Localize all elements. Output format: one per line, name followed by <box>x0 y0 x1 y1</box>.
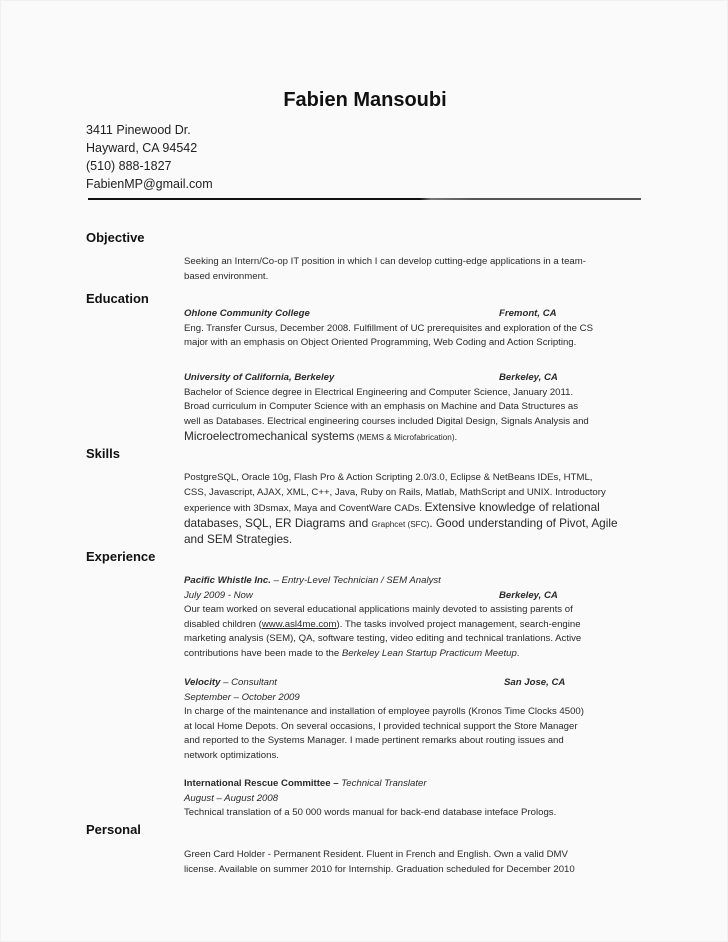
school-location: Berkeley, CA <box>499 371 558 386</box>
job-location: Berkeley, CA <box>499 589 558 604</box>
skills-text: PostgreSQL, Oracle 10g, Flash Pro & Acti… <box>184 471 644 548</box>
contact-block: 3411 Pinewood Dr. Hayward, CA 94542 (510… <box>86 121 213 193</box>
address-line-1: 3411 Pinewood Dr. <box>86 121 213 139</box>
email-address: FabienMP@gmail.com <box>86 175 213 193</box>
job-location: San Jose, CA <box>504 676 565 691</box>
section-title-personal: Personal <box>86 822 141 837</box>
header-divider <box>88 198 641 200</box>
school-name: University of California, Berkeley <box>184 372 334 383</box>
website-link[interactable]: www.asl4me.com <box>262 619 337 630</box>
school-detail: Eng. Transfer Cursus, December 2008. Ful… <box>184 322 644 337</box>
experience-entry-irc: International Rescue Committee – Technic… <box>184 777 644 821</box>
resume-page: Fabien Mansoubi 3411 Pinewood Dr. Haywar… <box>0 0 728 942</box>
education-entry-ohlone: Ohlone Community College Fremont, CA Eng… <box>184 307 644 351</box>
job-dates: July 2009 - Now <box>184 590 253 601</box>
section-title-objective: Objective <box>86 230 145 245</box>
phone-number: (510) 888-1827 <box>86 157 213 175</box>
school-detail: Bachelor of Science degree in Electrical… <box>184 386 644 401</box>
experience-entry-pacific-whistle: Pacific Whistle Inc. – Entry-Level Techn… <box>184 574 644 661</box>
objective-line: based environment. <box>184 270 644 285</box>
school-detail: Broad curriculum in Computer Science wit… <box>184 400 644 415</box>
school-detail: Microelectromechanical systems (MEMS & M… <box>184 429 644 445</box>
objective-line: Seeking an Intern/Co-op IT position in w… <box>184 255 644 270</box>
objective-text: Seeking an Intern/Co-op IT position in w… <box>184 255 644 284</box>
section-title-skills: Skills <box>86 446 120 461</box>
job-role: – Entry-Level Technician / SEM Analyst <box>271 575 441 586</box>
experience-entry-velocity: Velocity – Consultant San Jose, CA Septe… <box>184 676 644 763</box>
section-title-experience: Experience <box>86 549 155 564</box>
job-dates: September – October 2009 <box>184 692 300 703</box>
school-detail: well as Databases. Electrical engineerin… <box>184 415 644 430</box>
company-name: International Rescue Committee – <box>184 778 339 789</box>
education-entry-berkeley: University of California, Berkeley Berke… <box>184 371 644 445</box>
address-line-2: Hayward, CA 94542 <box>86 139 213 157</box>
applicant-name: Fabien Mansoubi <box>1 89 728 112</box>
school-name: Ohlone Community College <box>184 308 310 319</box>
company-name: Velocity <box>184 677 220 688</box>
school-detail: major with an emphasis on Object Oriente… <box>184 336 644 351</box>
school-location: Fremont, CA <box>499 307 557 322</box>
personal-text: Green Card Holder - Permanent Resident. … <box>184 848 644 877</box>
company-name: Pacific Whistle Inc. <box>184 575 271 586</box>
job-dates: August – August 2008 <box>184 793 278 804</box>
section-title-education: Education <box>86 291 149 306</box>
job-role: – Consultant <box>220 677 277 688</box>
job-role: Technical Translater <box>339 778 427 789</box>
